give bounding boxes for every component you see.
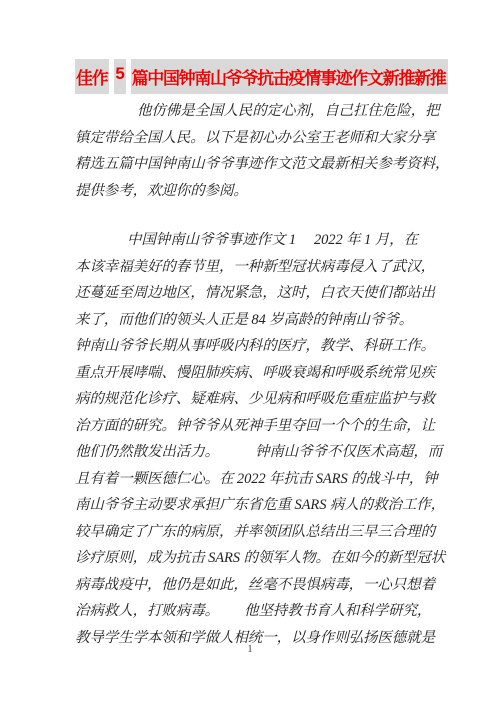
text-line: 精选五篇中国钟南山爷爷事迹作文范文最新相关参考资料，: [75, 151, 447, 178]
text-line: 诊疗原则，成为抗击 SARS 的领军人物。在如今的新型冠状: [75, 545, 447, 572]
page-number: 1: [0, 644, 500, 655]
text-line: 他仿佛是全国人民的定心剂，自己扛住危险，把: [75, 98, 447, 125]
intro-paragraph: 他仿佛是全国人民的定心剂，自己扛住危险，把镇定带给全国人民。以下是初心办公室王老…: [75, 98, 447, 204]
text-line: 钟南山爷爷长期从事呼吸内科的医疗，教学、科研工作。: [75, 333, 447, 360]
text-line: 重点开展哮喘、慢阻肺疾病、呼吸衰竭和呼吸系统常见疾: [75, 360, 447, 387]
text-line: 来了，而他们的领头人正是 84 岁高龄的钟南山爷爷。: [75, 307, 447, 334]
document-page: 佳作 5 篇中国钟南山爷爷抗击疫情事迹作文新推新推 他仿佛是全国人民的定心剂，自…: [0, 0, 500, 708]
document-title: 佳作 5 篇中国钟南山爷爷抗击疫情事迹作文新推新推: [75, 59, 447, 94]
text-line: 他们仍然散发出活力。 钟南山爷爷不仅医术高超，而: [75, 439, 447, 466]
essay-paragraph: 中国钟南山爷爷事迹作文 1 2022 年 1 月，在本该幸福美好的春节里，一种新…: [75, 227, 447, 651]
text-line: 镇定带给全国人民。以下是初心办公室王老师和大家分享: [75, 125, 447, 152]
text-line: 本该幸福美好的春节里，一种新型冠状病毒侵入了武汉，: [75, 254, 447, 281]
document-title-segment: 5: [114, 59, 125, 94]
text-line: 治方面的研究。钟爷爷从死神手里夺回一个个的生命，让: [75, 413, 447, 440]
text-line: 病毒战疫中，他仍是如此，丝毫不畏惧病毒，一心只想着: [75, 572, 447, 599]
text-line: 提供参考，欢迎你的参阅。: [75, 178, 447, 205]
document-title-segment: 篇中国钟南山爷爷抗击疫情事迹作文新推新推: [131, 59, 448, 94]
text-line: 较早确定了广东的病原，并率领团队总结出三早三合理的: [75, 519, 447, 546]
document-title-segment: 佳作: [75, 59, 109, 94]
text-line: 中国钟南山爷爷事迹作文 1 2022 年 1 月，在: [75, 227, 447, 254]
text-line: 且有着一颗医德仁心。在 2022 年抗击 SARS 的战斗中，钟: [75, 466, 447, 493]
text-line: 治病救人，打败病毒。 他坚持教书育人和科学研究，: [75, 598, 447, 625]
text-line: 病的规范化诊疗、疑难病、少见病和呼吸危重症监护与救: [75, 386, 447, 413]
text-line: 还蔓延至周边地区，情况紧急，这时，白衣天使们都站出: [75, 280, 447, 307]
text-line: 南山爷爷主动要求承担广东省危重 SARS 病人的救治工作，: [75, 492, 447, 519]
